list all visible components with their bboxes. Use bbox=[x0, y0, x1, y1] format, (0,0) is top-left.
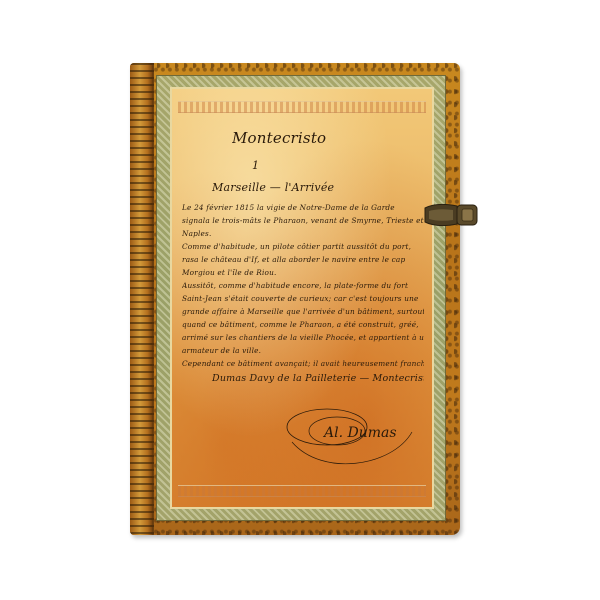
manuscript-line: quand ce bâtiment, comme le Pharaon, a é… bbox=[182, 318, 424, 331]
signature-flourish-icon: Al. Dumas bbox=[272, 397, 422, 477]
brass-clasp-icon[interactable] bbox=[423, 200, 481, 230]
svg-text:Al. Dumas: Al. Dumas bbox=[322, 425, 397, 441]
manuscript-line: Comme d'habitude, un pilote côtier parti… bbox=[182, 240, 424, 253]
manuscript-line: Morgiou et l'île de Riou. bbox=[182, 266, 424, 279]
book-spine bbox=[130, 63, 154, 535]
manuscript-line: armateur de la ville. bbox=[182, 344, 424, 357]
cover-title-script: Montecristo bbox=[232, 129, 424, 147]
decorative-band-top bbox=[178, 101, 426, 113]
decorative-band-bottom bbox=[178, 485, 426, 497]
closing-line: Dumas Davy de la Pailleterie — Montecris… bbox=[212, 373, 424, 384]
chapter-mark: 1 bbox=[252, 159, 424, 172]
manuscript-text: Le 24 février 1815 la vigie de Notre-Dam… bbox=[182, 201, 424, 370]
manuscript-line: signala le trois-mâts le Pharaon, venant… bbox=[182, 214, 424, 227]
manuscript-line: grande affaire à Marseille que l'arrivée… bbox=[182, 305, 424, 318]
manuscript-line: Aussitôt, comme d'habitude encore, la pl… bbox=[182, 279, 424, 292]
place-line: Marseille — l'Arrivée bbox=[212, 181, 424, 194]
manuscript-line: rasa le château d'If, et alla aborder le… bbox=[182, 253, 424, 266]
journal-book: Montecristo 1 Marseille — l'Arrivée Le 2… bbox=[130, 63, 460, 535]
manuscript-line: arrimé sur les chantiers de la vieille P… bbox=[182, 331, 424, 344]
manuscript-line: Naples. bbox=[182, 227, 424, 240]
manuscript-line: Le 24 février 1815 la vigie de Notre-Dam… bbox=[182, 201, 424, 214]
cover-parchment-panel: Montecristo 1 Marseille — l'Arrivée Le 2… bbox=[170, 87, 434, 509]
manuscript-line: Cependant ce bâtiment avançait; il avait… bbox=[182, 357, 424, 370]
manuscript-line: Saint-Jean s'était couverte de curieux; … bbox=[182, 292, 424, 305]
